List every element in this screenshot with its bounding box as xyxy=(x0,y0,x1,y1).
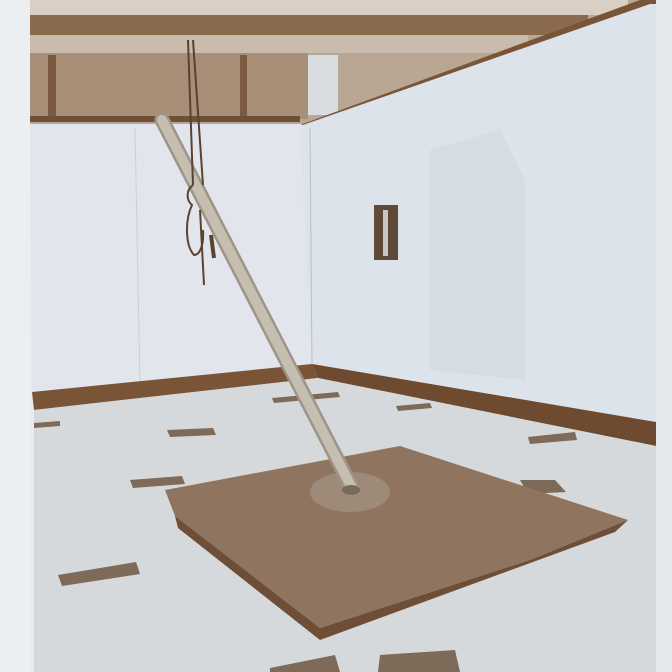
photo-frame xyxy=(0,0,672,672)
installation-photo xyxy=(0,0,672,672)
page-right-margin xyxy=(656,0,672,672)
page-left-margin xyxy=(0,0,30,672)
